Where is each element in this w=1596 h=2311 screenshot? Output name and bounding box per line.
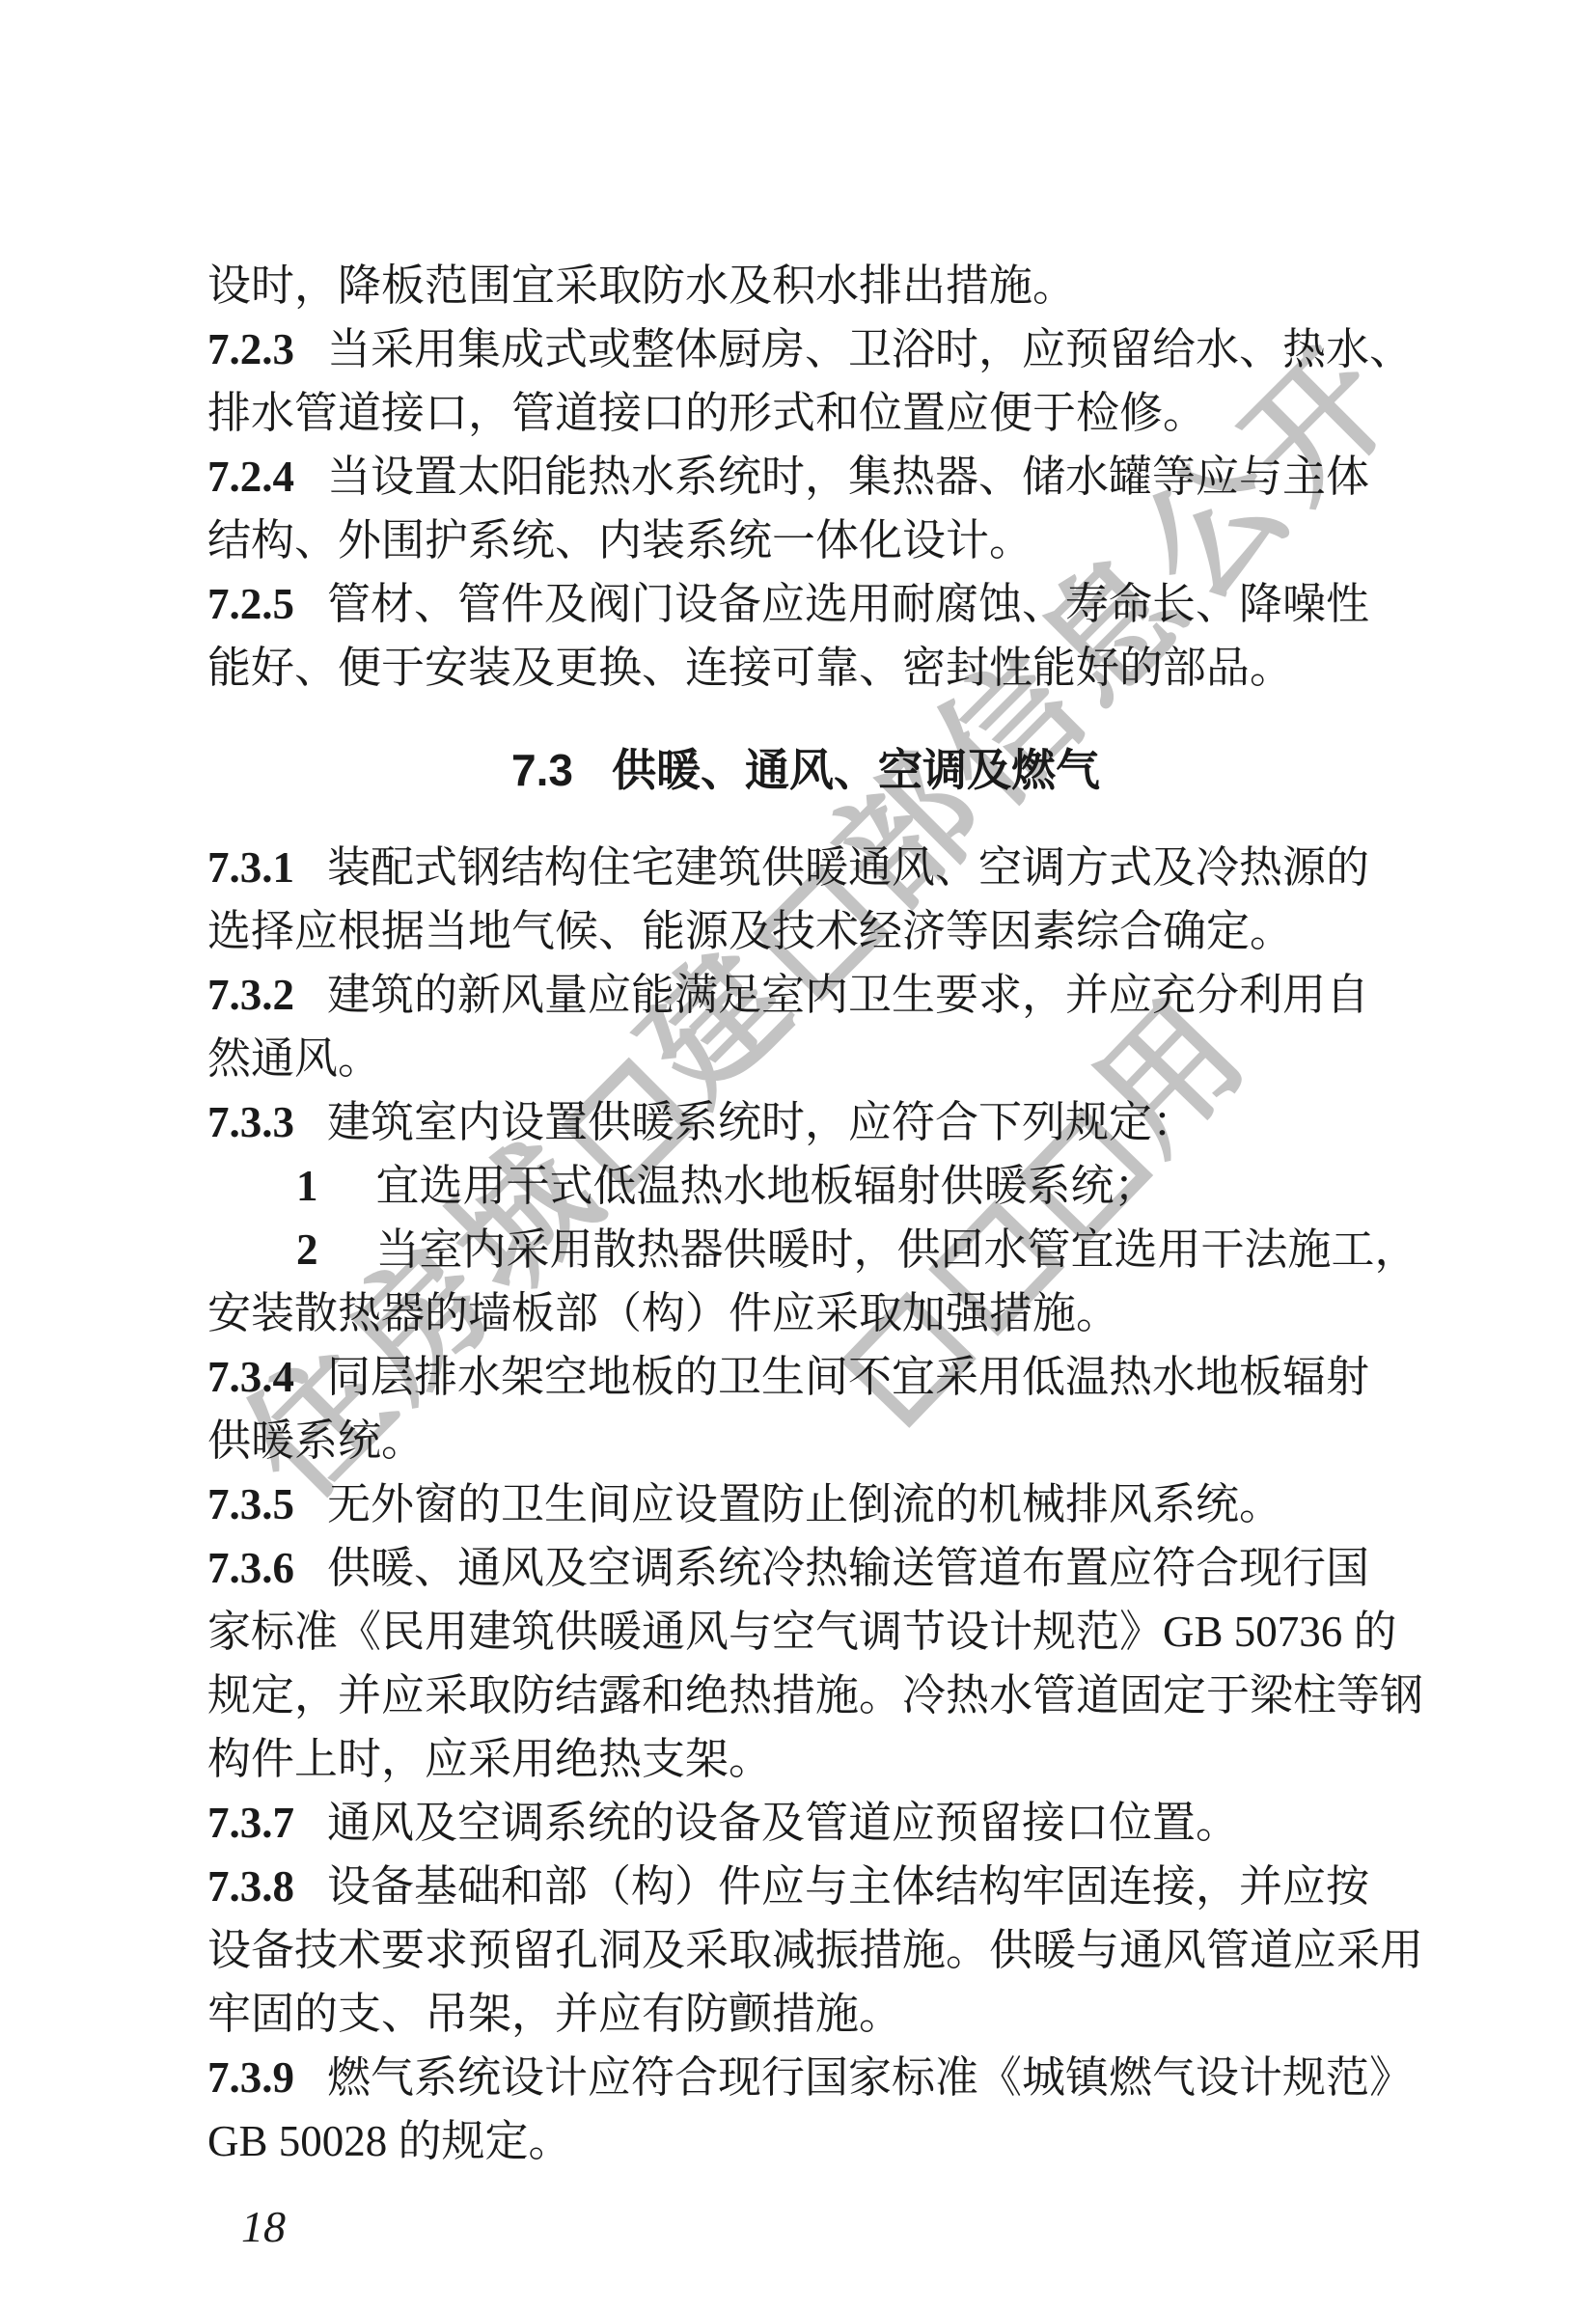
clause-line: 7.3.8设备基础和部（构）件应与主体结构牢固连接，并应按 bbox=[207, 1855, 1404, 1918]
clause-item-line: 1宜选用干式低温热水地板辐射供暖系统； bbox=[207, 1154, 1404, 1218]
clause-text: 宜选用干式低温热水地板辐射供暖系统； bbox=[376, 1162, 1158, 1210]
section-number: 7.3 bbox=[511, 745, 573, 795]
section-title: 供暖、通风、空调及燃气 bbox=[612, 745, 1100, 795]
clause-number: 7.3.1 bbox=[207, 843, 294, 892]
clause-line: 供暖系统。 bbox=[207, 1409, 1404, 1472]
clause-line: 排水管道接口，管道接口的形式和位置应便于检修。 bbox=[207, 381, 1404, 445]
clause-number: 7.2.5 bbox=[207, 580, 294, 628]
clause-line: GB 50028 的规定。 bbox=[207, 2109, 1404, 2173]
clause-text: 当室内采用散热器供暖时，供回水管宜选用干法施工， bbox=[376, 1225, 1418, 1274]
clause-number: 7.3.4 bbox=[207, 1353, 294, 1401]
item-number: 1 bbox=[296, 1162, 318, 1210]
document-page: 住房城建部信息公开 用 设时，降板范围宜采取防水及积水排出措施。 7.2.3当采… bbox=[0, 0, 1596, 2311]
clause-number: 7.3.6 bbox=[207, 1544, 294, 1592]
clause-text: 同层排水架空地板的卫生间不宜采用低温热水地板辐射 bbox=[327, 1353, 1369, 1401]
clause-number: 7.3.3 bbox=[207, 1098, 294, 1146]
clause-text: 装配式钢结构住宅建筑供暖通风、空调方式及冷热源的 bbox=[327, 843, 1369, 892]
clause-text: 建筑室内设置供暖系统时，应符合下列规定： bbox=[327, 1098, 1196, 1146]
clause-text: 构件上时，应采用绝热支架。 bbox=[207, 1735, 772, 1783]
item-number: 2 bbox=[296, 1225, 318, 1274]
clause-line: 7.3.3建筑室内设置供暖系统时，应符合下列规定： bbox=[207, 1090, 1404, 1154]
clause-text: 供暖、通风及空调系统冷热输送管道布置应符合现行国 bbox=[327, 1544, 1369, 1592]
clause-text: 燃气系统设计应符合现行国家标准《城镇燃气设计规范》 bbox=[327, 2053, 1413, 2102]
clause-line: 家标准《民用建筑供暖通风与空气调节设计规范》GB 50736 的 bbox=[207, 1600, 1404, 1664]
clause-line: 设备技术要求预留孔洞及采取减振措施。供暖与通风管道应采用 bbox=[207, 1918, 1404, 1982]
clause-line: 7.2.4当设置太阳能热水系统时，集热器、储水罐等应与主体 bbox=[207, 445, 1404, 509]
clause-number: 7.3.9 bbox=[207, 2053, 294, 2102]
clause-text: 设时，降板范围宜采取防水及积水排出措施。 bbox=[207, 261, 1076, 310]
clause-line: 然通风。 bbox=[207, 1027, 1404, 1090]
clause-line: 7.2.5管材、管件及阀门设备应选用耐腐蚀、寿命长、降噪性 bbox=[207, 572, 1404, 636]
clause-text: 设备技术要求预留孔洞及采取减振措施。供暖与通风管道应采用 bbox=[207, 1926, 1423, 1974]
clause-line: 7.3.5无外窗的卫生间应设置防止倒流的机械排风系统。 bbox=[207, 1472, 1404, 1536]
clause-text: 供暖系统。 bbox=[207, 1417, 425, 1465]
clause-line: 7.3.6供暖、通风及空调系统冷热输送管道布置应符合现行国 bbox=[207, 1536, 1404, 1600]
clause-text: 规定，并应采取防结露和绝热措施。冷热水管道固定于梁柱等钢 bbox=[207, 1671, 1423, 1719]
clause-line: 7.2.3当采用集成式或整体厨房、卫浴时，应预留给水、热水、 bbox=[207, 317, 1404, 381]
clause-text: 排水管道接口，管道接口的形式和位置应便于检修。 bbox=[207, 389, 1206, 437]
clause-line: 结构、外围护系统、内装系统一体化设计。 bbox=[207, 509, 1404, 572]
clause-text: 结构、外围护系统、内装系统一体化设计。 bbox=[207, 516, 1032, 564]
clause-text: 安装散热器的墙板部（构）件应采取加强措施。 bbox=[207, 1289, 1119, 1337]
clause-text: 通风及空调系统的设备及管道应预留接口位置。 bbox=[327, 1799, 1239, 1847]
clause-line: 设时，降板范围宜采取防水及积水排出措施。 bbox=[207, 254, 1404, 317]
clause-text: 选择应根据当地气候、能源及技术经济等因素综合确定。 bbox=[207, 907, 1293, 955]
section-heading: 7.3供暖、通风、空调及燃气 bbox=[207, 738, 1404, 802]
clause-line: 选择应根据当地气候、能源及技术经济等因素综合确定。 bbox=[207, 899, 1404, 963]
clause-line: 7.3.9燃气系统设计应符合现行国家标准《城镇燃气设计规范》 bbox=[207, 2046, 1404, 2109]
clause-text: 设备基础和部（构）件应与主体结构牢固连接，并应按 bbox=[327, 1862, 1369, 1911]
clause-text: 然通风。 bbox=[207, 1034, 381, 1083]
clause-line: 能好、便于安装及更换、连接可靠、密封性能好的部品。 bbox=[207, 636, 1404, 700]
clause-item-line: 2当室内采用散热器供暖时，供回水管宜选用干法施工， bbox=[207, 1218, 1404, 1281]
clause-text: 牢固的支、吊架，并应有防颤措施。 bbox=[207, 1990, 902, 2038]
clause-text: 管材、管件及阀门设备应选用耐腐蚀、寿命长、降噪性 bbox=[327, 580, 1369, 628]
clause-text: 无外窗的卫生间应设置防止倒流的机械排风系统。 bbox=[327, 1480, 1282, 1528]
clause-text: GB 50028 的规定。 bbox=[207, 2117, 572, 2165]
clause-text: 当采用集成式或整体厨房、卫浴时，应预留给水、热水、 bbox=[327, 325, 1413, 373]
clause-line: 规定，并应采取防结露和绝热措施。冷热水管道固定于梁柱等钢 bbox=[207, 1664, 1404, 1727]
clause-line: 7.3.2建筑的新风量应能满足室内卫生要求，并应充分利用自 bbox=[207, 963, 1404, 1027]
page-body: 设时，降板范围宜采取防水及积水排出措施。 7.2.3当采用集成式或整体厨房、卫浴… bbox=[207, 254, 1404, 2254]
clause-number: 7.3.7 bbox=[207, 1799, 294, 1847]
clause-line: 7.3.7通风及空调系统的设备及管道应预留接口位置。 bbox=[207, 1791, 1404, 1855]
clause-text: 能好、便于安装及更换、连接可靠、密封性能好的部品。 bbox=[207, 644, 1293, 692]
clause-line: 安装散热器的墙板部（构）件应采取加强措施。 bbox=[207, 1281, 1404, 1345]
clause-number: 7.3.2 bbox=[207, 971, 294, 1019]
clause-line: 7.3.1装配式钢结构住宅建筑供暖通风、空调方式及冷热源的 bbox=[207, 836, 1404, 899]
clause-number: 7.3.5 bbox=[207, 1480, 294, 1528]
clause-number: 7.2.4 bbox=[207, 453, 294, 501]
clause-text: 建筑的新风量应能满足室内卫生要求，并应充分利用自 bbox=[327, 971, 1369, 1019]
clause-number: 7.3.8 bbox=[207, 1862, 294, 1911]
page-number: 18 bbox=[207, 2200, 1404, 2254]
clause-text: 家标准《民用建筑供暖通风与空气调节设计规范》GB 50736 的 bbox=[207, 1608, 1397, 1656]
clause-text: 当设置太阳能热水系统时，集热器、储水罐等应与主体 bbox=[327, 453, 1369, 501]
clause-number: 7.2.3 bbox=[207, 325, 294, 373]
clause-line: 构件上时，应采用绝热支架。 bbox=[207, 1727, 1404, 1791]
clause-line: 牢固的支、吊架，并应有防颤措施。 bbox=[207, 1982, 1404, 2046]
clause-line: 7.3.4同层排水架空地板的卫生间不宜采用低温热水地板辐射 bbox=[207, 1345, 1404, 1409]
